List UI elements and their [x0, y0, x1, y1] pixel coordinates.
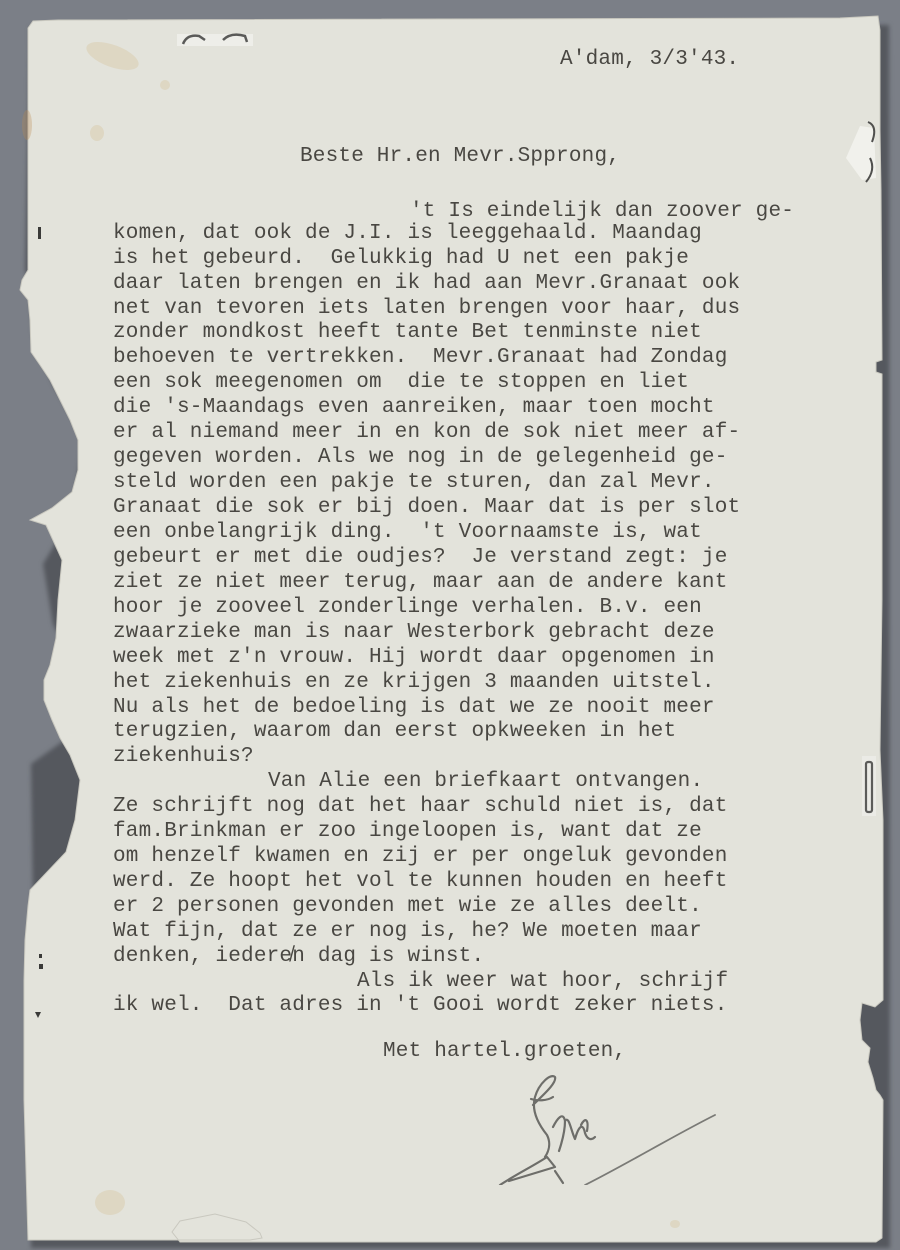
body-line: terugzien, waarom dan eerst opkweeken in… — [113, 720, 676, 744]
body-line: Ze schrijft nog dat het haar schuld niet… — [113, 795, 728, 819]
body-line: hoor je zooveel zonderlinge verhalen. B.… — [113, 596, 702, 620]
body-line: zonder mondkost heeft tante Bet tenminst… — [113, 321, 702, 345]
body-line: Granaat die sok er bij doen. Maar dat is… — [113, 496, 740, 520]
body-line: er 2 personen gevonden met wie ze alles … — [113, 895, 702, 919]
letter-text: A'dam, 3/3'43. Beste Hr.en Mevr.Spprong,… — [0, 0, 900, 1250]
closing: Met hartel.groeten, — [383, 1040, 626, 1064]
body-line: denken, iedere̸n dag is winst. — [113, 945, 484, 969]
body-line: om henzelf kwamen en zij er per ongeluk … — [113, 845, 728, 869]
body-line: komen, dat ook de J.I. is leeggehaald. M… — [113, 222, 702, 246]
body-line: gegeven worden. Als we nog in de gelegen… — [113, 446, 728, 470]
body-line: is het gebeurd. Gelukkig had U net een p… — [113, 247, 689, 271]
signature — [495, 1075, 725, 1185]
body-line: fam.Brinkman er zoo ingeloopen is, want … — [113, 820, 702, 844]
body-line: gebeurt er met die oudjes? Je verstand z… — [113, 546, 728, 570]
body-line: ziet ze niet meer terug, maar aan de and… — [113, 571, 728, 595]
body-line: week met z'n vrouw. Hij wordt daar opgen… — [113, 646, 715, 670]
body-line: behoeven te vertrekken. Mevr.Granaat had… — [113, 346, 728, 370]
body-line: steld worden een pakje te sturen, dan za… — [113, 471, 715, 495]
body-line: Als ik weer wat hoor, schrijf — [357, 970, 728, 994]
body-line: 't Is eindelijk dan zoover ge- — [410, 200, 794, 224]
body-line: zwaarzieke man is naar Westerbork gebrac… — [113, 621, 715, 645]
body-line: werd. Ze hoopt het vol te kunnen houden … — [113, 870, 728, 894]
body-line: ik wel. Dat adres in 't Gooi wordt zeker… — [113, 994, 728, 1018]
salutation: Beste Hr.en Mevr.Spprong, — [300, 145, 620, 169]
body-line: Van Alie een briefkaart ontvangen. — [268, 770, 703, 794]
body-line: Wat fijn, dat ze er nog is, he? We moete… — [113, 920, 702, 944]
body-line: ziekenhuis? — [113, 745, 254, 769]
body-line: een sok meegenomen om die te stoppen en … — [113, 371, 689, 395]
place-date: A'dam, 3/3'43. — [560, 48, 739, 72]
body-line: er al niemand meer in en kon de sok niet… — [113, 421, 740, 445]
body-line: het ziekenhuis en ze krijgen 3 maanden u… — [113, 671, 715, 695]
body-line: Nu als het de bedoeling is dat we ze noo… — [113, 696, 715, 720]
body-line: een onbelangrijk ding. 't Voornaamste is… — [113, 521, 702, 545]
body-line: net van tevoren iets laten brengen voor … — [113, 297, 740, 321]
body-line: daar laten brengen en ik had aan Mevr.Gr… — [113, 272, 740, 296]
body-line: die 's-Maandags even aanreiken, maar toe… — [113, 396, 715, 420]
